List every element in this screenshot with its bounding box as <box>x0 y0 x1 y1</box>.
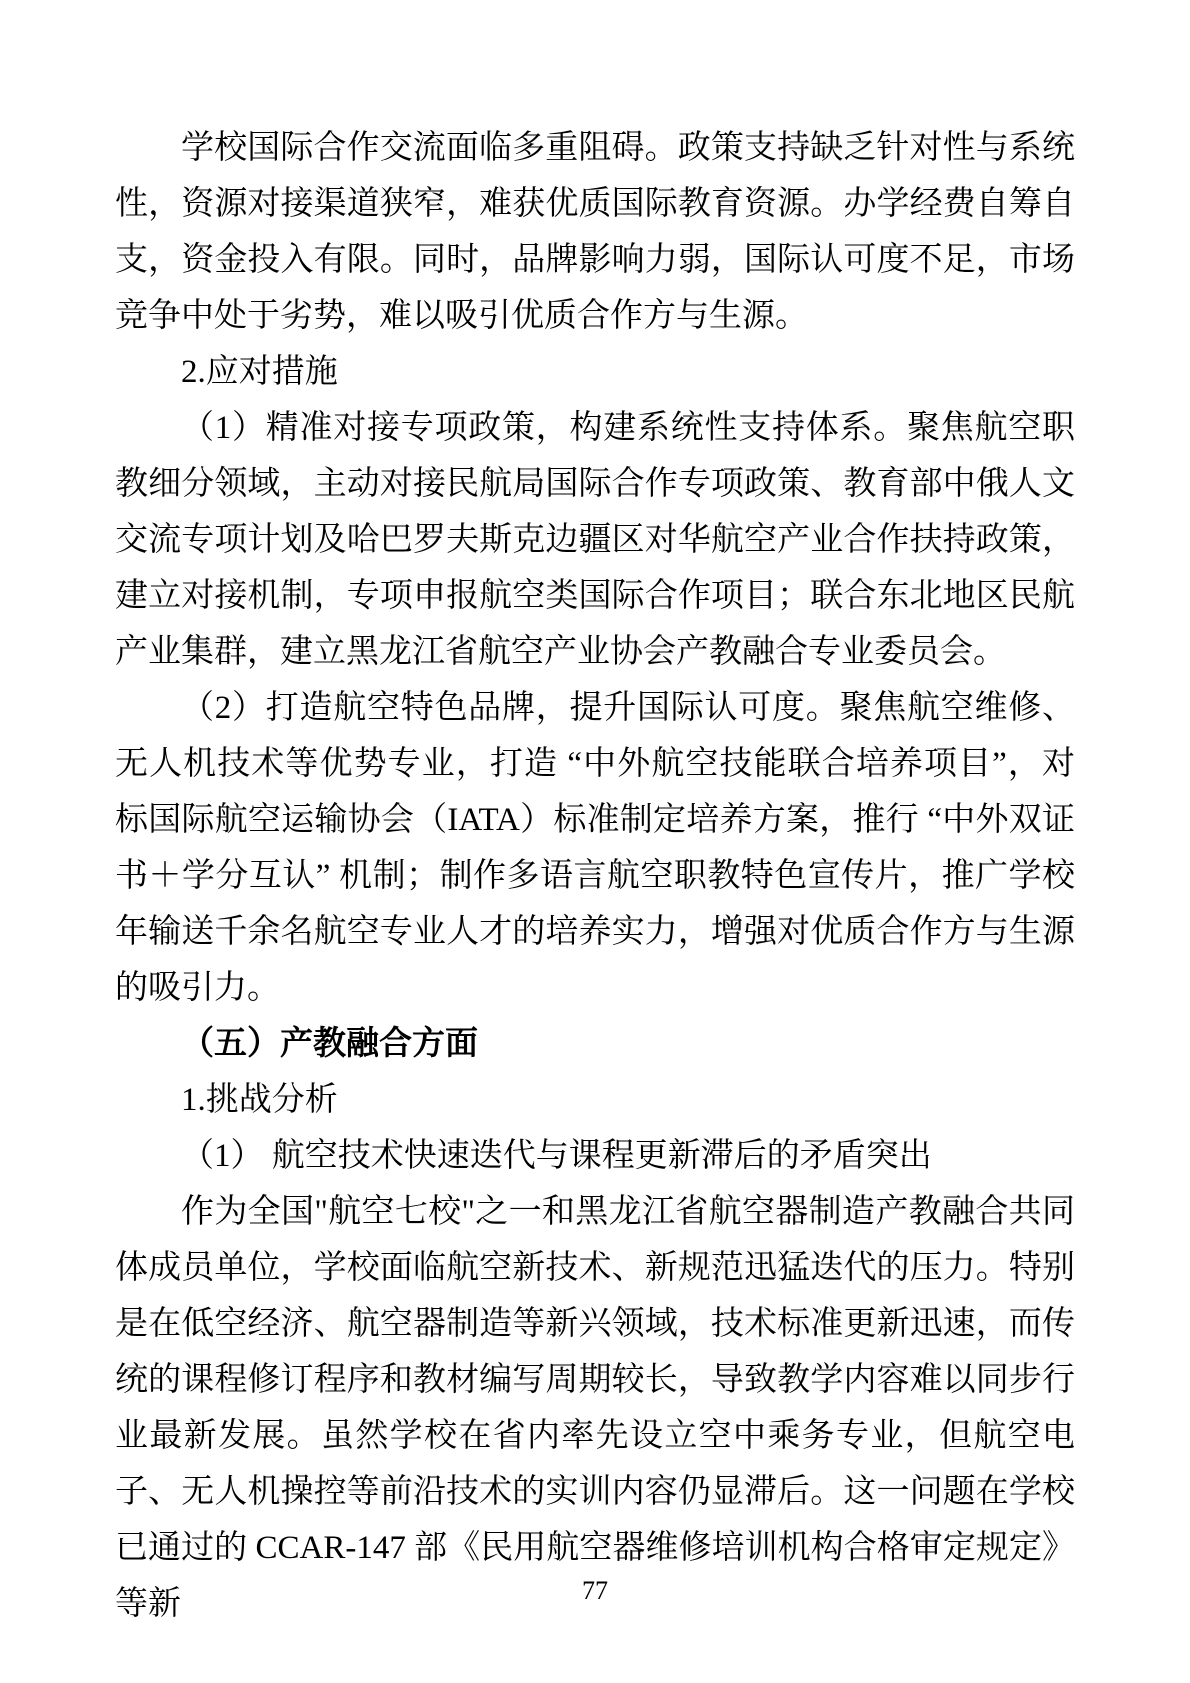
paragraph-challenge-analysis-label: 1.挑战分析 <box>115 1072 1075 1128</box>
paragraph-international-cooperation-challenges: 学校国际合作交流面临多重阻碍。政策支持缺乏针对性与系统性，资源对接渠道狭窄，难获… <box>115 120 1075 344</box>
paragraph-measure-1-policy-alignment: （1）精准对接专项政策，构建系统性支持体系。聚焦航空职教细分领域，主动对接民航局… <box>115 400 1075 680</box>
page-number: 77 <box>0 1576 1190 1606</box>
paragraph-challenge-1-title: （1） 航空技术快速迭代与课程更新滞后的矛盾突出 <box>115 1128 1075 1184</box>
paragraph-measure-2-brand-building: （2）打造航空特色品牌，提升国际认可度。聚焦航空维修、无人机技术等优势专业，打造… <box>115 680 1075 1016</box>
document-page: 学校国际合作交流面临多重阻碍。政策支持缺乏针对性与系统性，资源对接渠道狭窄，难获… <box>0 0 1190 1683</box>
paragraph-countermeasures-label: 2.应对措施 <box>115 344 1075 400</box>
document-body: 学校国际合作交流面临多重阻碍。政策支持缺乏针对性与系统性，资源对接渠道狭窄，难获… <box>115 120 1075 1632</box>
paragraph-challenge-1-detail: 作为全国"航空七校"之一和黑龙江省航空器制造产教融合共同体成员单位，学校面临航空… <box>115 1184 1075 1632</box>
section-heading-industry-education-integration: （五）产教融合方面 <box>115 1016 1075 1072</box>
